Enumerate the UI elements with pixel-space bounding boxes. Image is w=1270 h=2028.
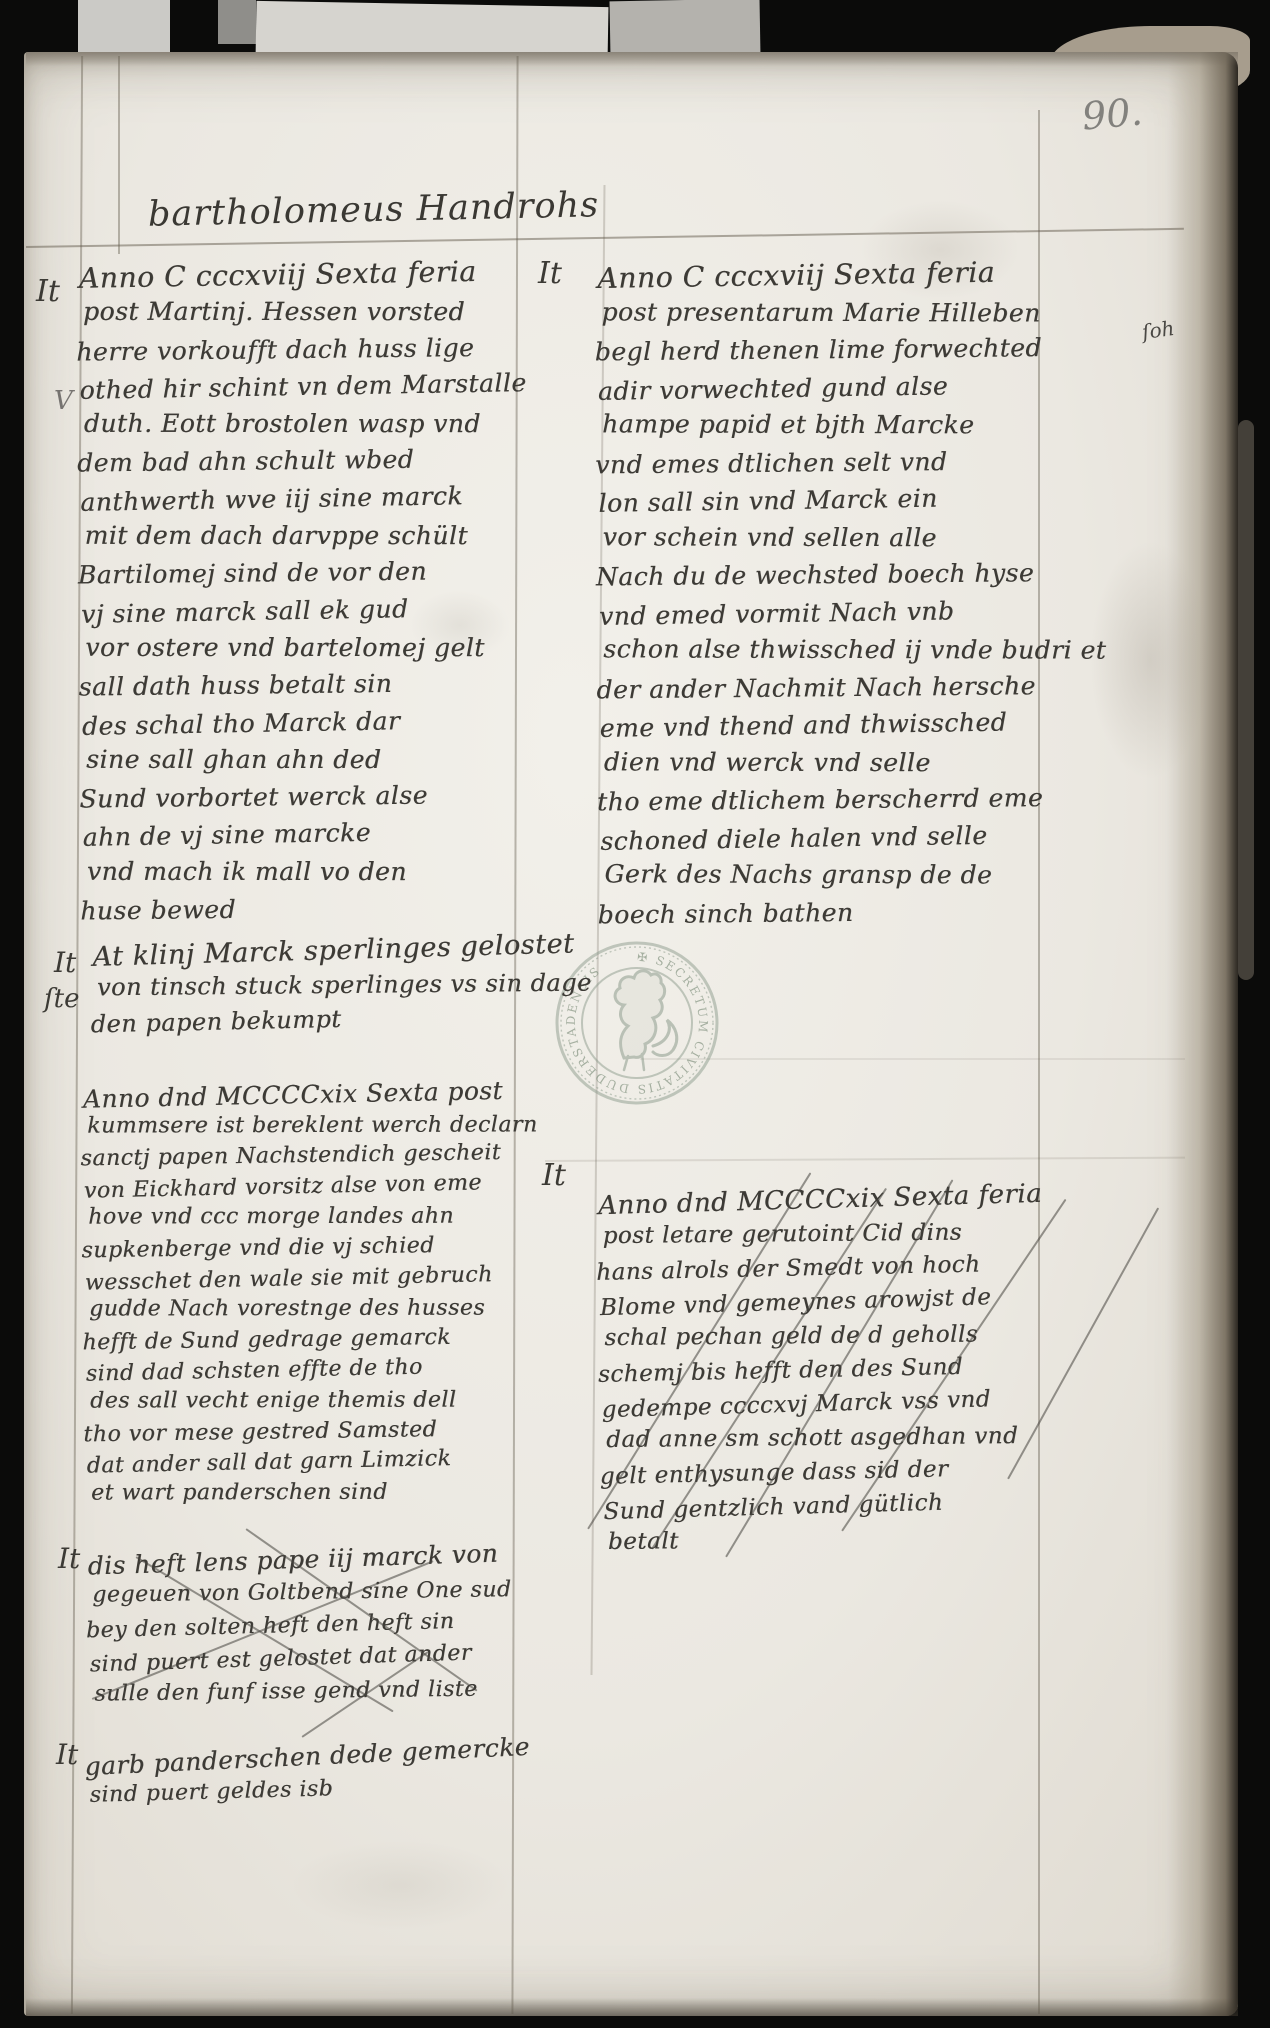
manuscript-text-line: sall dath huss betalt sin xyxy=(78,664,526,706)
manuscript-text-line: et wart panderschen sind xyxy=(91,1477,541,1509)
top-edge-smudge xyxy=(26,52,1238,66)
paper-stain xyxy=(1090,540,1210,780)
manuscript-text-line: Gerk des Nachs gransp de de xyxy=(604,855,1107,894)
manuscript-text-line: vor ostere vnd bartelomej gelt xyxy=(85,629,532,667)
register-entry-right-2-cancelled: Anno dnd MCCCCxix Sexta feriapost letare… xyxy=(597,1179,1048,1561)
manuscript-text-line: post presentarum Marie Hilleben xyxy=(601,293,1104,332)
ruled-line-left-inner xyxy=(118,56,120,254)
item-mark: It xyxy=(542,1158,566,1193)
paper-fragment xyxy=(218,0,256,44)
register-entry-left-2: At klinj Marck sperlinges gelostetvon ti… xyxy=(91,930,587,1041)
manuscript-text-line: vj sine marck sall ek gud xyxy=(81,588,529,633)
manuscript-text-line: duth. Eott brostolen wasp vnd xyxy=(84,405,531,443)
manuscript-text-line: gudde Nach vorestnge des husses xyxy=(89,1294,539,1326)
manuscript-text-line: hove vnd ccc morge landes ahn xyxy=(88,1202,538,1234)
manuscript-text-line: ahn de vj sine marcke xyxy=(82,812,530,857)
manuscript-text-line: dien vnd werck vnd selle xyxy=(604,743,1107,782)
item-mark: It xyxy=(54,946,76,979)
item-mark: It xyxy=(56,1738,78,1771)
paper-fragment xyxy=(610,0,761,57)
fore-edge-ink-mark: ſoh xyxy=(1140,316,1175,344)
manuscript-text-line: der ander Nachmit Nach hersche xyxy=(596,666,1099,708)
manuscript-text-line: Bartilomej sind de vor den xyxy=(78,552,526,594)
manuscript-text-line: post Martinj. Hessen vorsted xyxy=(83,293,530,331)
register-entry-left-3: Anno dnd MCCCCxix Sexta postkummsere ist… xyxy=(82,1078,537,1511)
item-mark: It xyxy=(58,1542,80,1575)
manuscript-text-line: anthwerth wve iij sine marck xyxy=(80,476,528,521)
register-entry-right-1: Anno C cccxviij Sexta feriapost presenta… xyxy=(596,255,1103,933)
folio-number: 90. xyxy=(1080,89,1144,138)
margin-v-mark: V xyxy=(54,386,73,416)
manuscript-text-line: vnd emes dtlichen selt vnd xyxy=(595,441,1098,483)
manuscript-text-line: hampe papid et bjth Marcke xyxy=(602,405,1105,444)
seal-lion-rampant-icon xyxy=(615,971,677,1070)
manuscript-text-line: Anno dnd MCCCCxix Sexta post xyxy=(83,1075,534,1115)
register-entry-left-5: garb panderschen dede gemerckesind puert… xyxy=(83,1732,531,1814)
manuscript-text-line: Nach du de wechsted boech hyse xyxy=(596,554,1099,596)
page-fore-edge xyxy=(1168,52,1238,2016)
manuscript-text-line: boech sinch bathen xyxy=(598,891,1101,933)
item-mark: It xyxy=(36,274,60,309)
manuscript-text-line: schon alse thwissched ij vnde budri et xyxy=(603,630,1106,669)
item-mark: It xyxy=(538,256,562,291)
manuscript-text-line: des schal tho Marck dar xyxy=(82,700,530,745)
manuscript-text-line: vnd mach ik mall vo den xyxy=(87,853,534,891)
manuscript-text-line: mit dem dach darvppe schült xyxy=(85,517,532,555)
parchment-sliver xyxy=(1238,420,1254,980)
archive-scan: 90. bartholomeus Handrohs ſoh ✠ SECRETUM… xyxy=(0,0,1270,2028)
manuscript-text-line: schoned diele halen vnd selle xyxy=(600,815,1104,860)
manuscript-text-line: sulle den funf isse gend vnd liste xyxy=(94,1672,514,1710)
manuscript-text-line: eme vnd thend and thwissched xyxy=(599,702,1103,747)
manuscript-text-line: Anno C cccxviij Sexta feria xyxy=(597,252,1101,297)
item-mark: ſte xyxy=(44,984,79,1014)
manuscript-text-line: huse bewed xyxy=(80,888,528,930)
manuscript-text-line: kummsere ist bereklent werch declarn xyxy=(87,1110,537,1142)
manuscript-text-line: Anno C cccxviij Sexta feria xyxy=(78,252,526,297)
manuscript-text-line: sine sall ghan ahn ded xyxy=(86,741,533,779)
manuscript-text-line: dem bad ahn schult wbed xyxy=(77,440,525,482)
manuscript-text-line: herre vorkoufft dach huss lige xyxy=(76,328,524,370)
manuscript-text-line: begl herd thenen lime forwechted xyxy=(595,329,1098,371)
paper-stain xyxy=(290,1840,510,1930)
bottom-edge-smudge xyxy=(26,1998,1238,2016)
manuscript-text-line: tho eme dtlichem berscherrd eme xyxy=(597,779,1100,821)
manuscript-text-line: vnd emed vormit Nach vnb xyxy=(599,590,1103,635)
manuscript-text-line: vor schein vnd sellen alle xyxy=(603,518,1106,557)
manuscript-text-line: des sall vecht enige themis dell xyxy=(90,1385,540,1417)
manuscript-text-line: betalt xyxy=(608,1521,1052,1559)
paper-fragment xyxy=(78,0,170,56)
manuscript-text-line: lon sall sin vnd Marck ein xyxy=(598,477,1102,522)
manuscript-text-line: adir vorwechted gund alse xyxy=(598,365,1102,410)
register-entry-left-1: Anno C cccxviij Sexta feriapost Martinj.… xyxy=(78,254,530,928)
manuscript-text-line: othed hir schint vn dem Marstalle xyxy=(79,364,527,409)
